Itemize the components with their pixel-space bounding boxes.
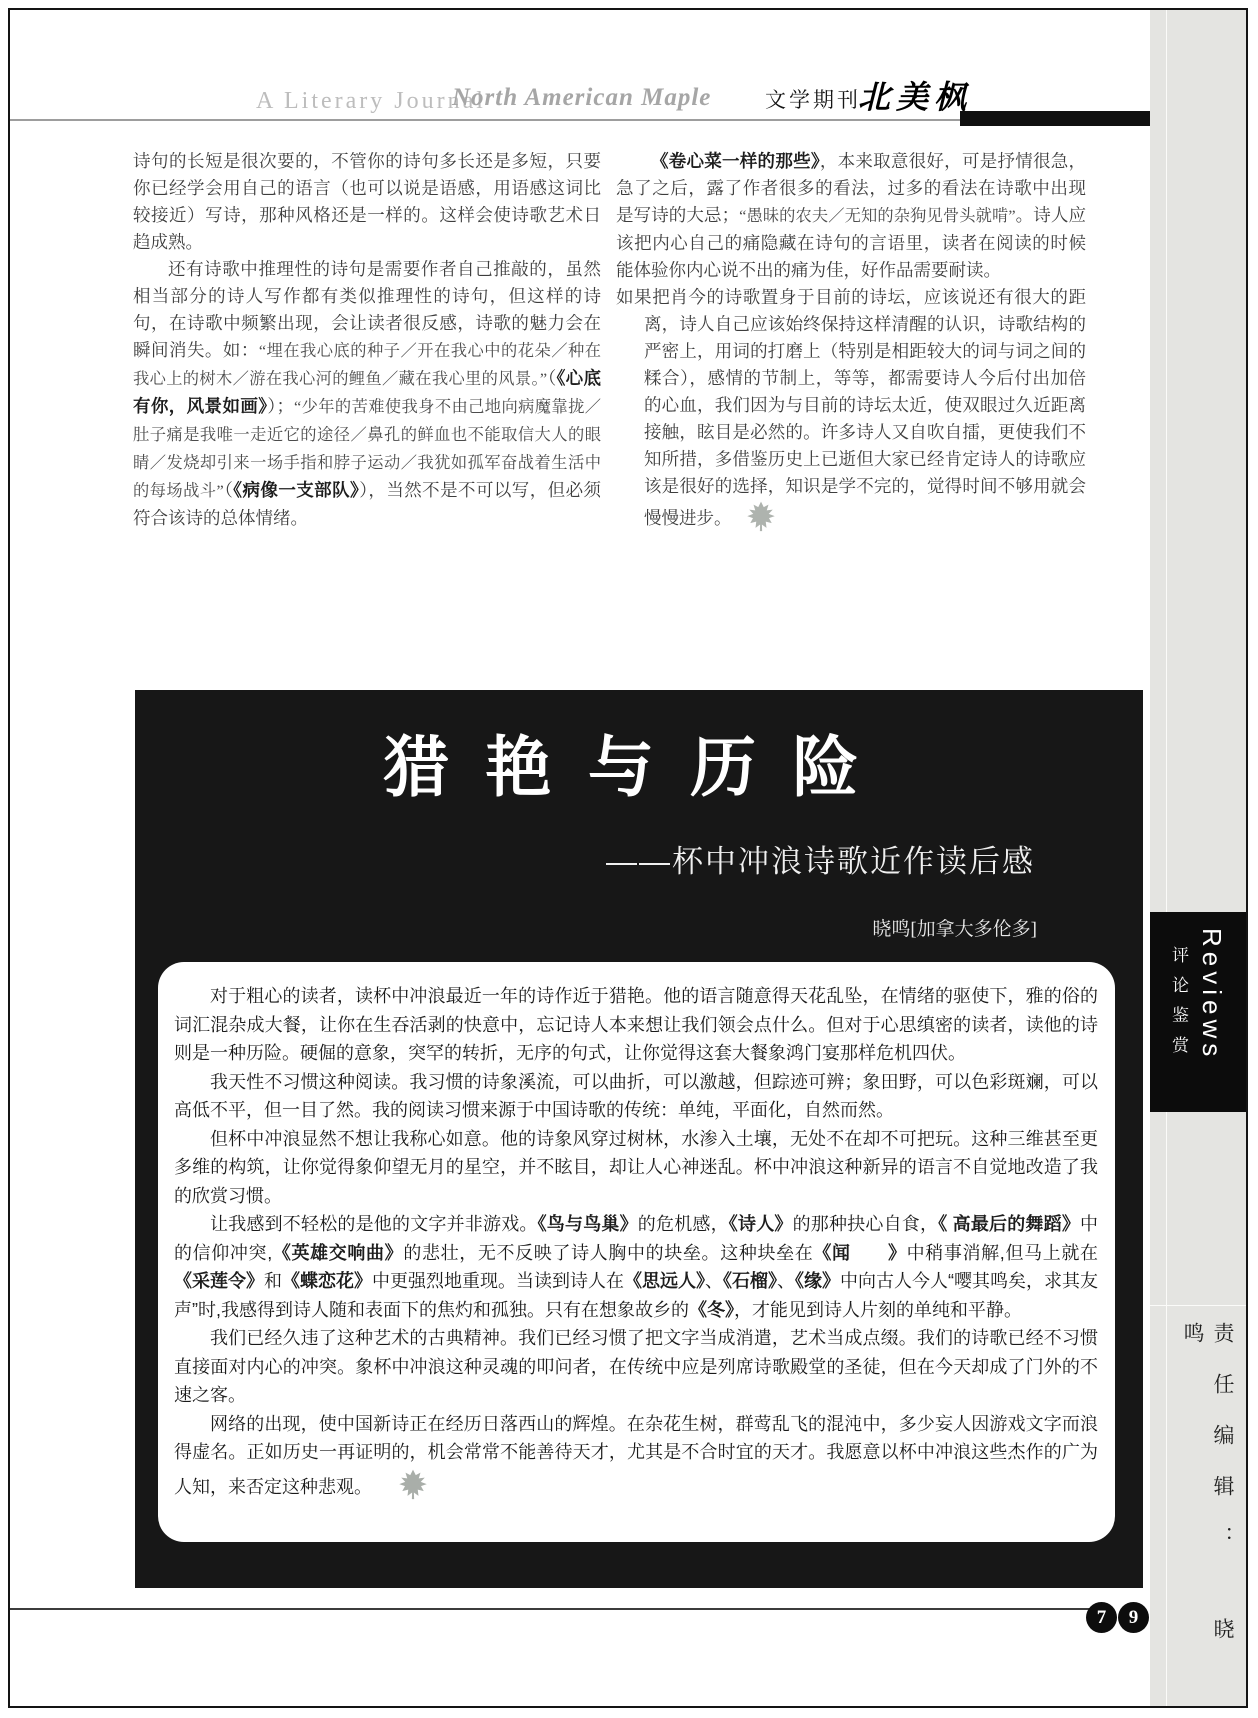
paragraph-text: 如果把肖今的诗歌置身于目前的诗坛，应该说还有很大的距离，诗人自己应该始终保持这样…: [616, 287, 1086, 528]
feature-title: 猎艳与历险: [135, 714, 1143, 809]
editor-credit-label: 责任编辑：: [1211, 1322, 1235, 1577]
paragraph: 如果把肖今的诗歌置身于目前的诗坛，应该说还有很大的距离，诗人自己应该始终保持这样…: [616, 284, 1086, 532]
paragraph: 诗句的长短是很次要的，不管你的诗句多长还是多短，只要你已经学会用自己的语言（也可…: [133, 148, 601, 256]
section-label-cn: 评论鉴赏: [1166, 946, 1191, 1066]
feature-subtitle: ——杯中冲浪诗歌近作读后感: [606, 836, 1035, 881]
essay-paragraph: 让我感到不轻松的是他的文字并非游戏。《鸟与鸟巢》的危机感，《诗人》的那种抉心自食…: [174, 1210, 1098, 1324]
maple-leaf-icon: [746, 500, 776, 532]
sidebar-vertical-hairline: [1166, 10, 1167, 1706]
editor-credit: 责任编辑： 晓鸣: [1178, 1322, 1238, 1706]
essay-paragraph: 我们已经久违了这种艺术的古典精神。我们已经习惯了把文字当成消遣，艺术当成点缀。我…: [174, 1324, 1098, 1410]
feature-author: 晓鸣[加拿大多伦多]: [872, 914, 1037, 941]
top-article-right-column: 《卷心菜一样的那些》，本来取意很好，可是抒情很急，急了之后，露了作者很多的看法，…: [616, 148, 1086, 532]
paragraph: 还有诗歌中推理性的诗句是需要作者自己推敲的，虽然相当部分的诗人写作都有类似推理性…: [133, 256, 601, 532]
footer-rule: [10, 1608, 1090, 1610]
header-rule-gray: [10, 119, 960, 121]
paragraph: 《卷心菜一样的那些》，本来取意很好，可是抒情很急，急了之后，露了作者很多的看法，…: [616, 148, 1086, 284]
header-rule-black: [960, 111, 1150, 126]
section-tab-reviews: Reviews 评论鉴赏: [1150, 912, 1246, 1112]
feature-article-block: 猎艳与历险 ——杯中冲浪诗歌近作读后感 晓鸣[加拿大多伦多] 对于粗心的读者，读…: [135, 690, 1143, 1588]
essay-paragraph: 我天性不习惯这种阅读。我习惯的诗象溪流，可以曲折，可以激越，但踪迹可辨；象田野，…: [174, 1068, 1098, 1125]
paragraph-text: 网络的出现，使中国新诗正在经历日落西山的辉煌。在杂花生树，群莺乱飞的混沌中，多少…: [174, 1414, 1098, 1497]
page-number-badge: 9: [1118, 1602, 1149, 1633]
magazine-page: Reviews 评论鉴赏 责任编辑： 晓鸣 A Literary Journal…: [0, 0, 1258, 1718]
section-label-en: Reviews: [1196, 928, 1227, 1061]
essay-paragraph: 对于粗心的读者，读杯中冲浪最近一年的诗作近于猎艳。他的语言随意得天花乱坠，在情绪…: [174, 982, 1098, 1068]
right-sidebar: Reviews 评论鉴赏 责任编辑： 晓鸣: [1150, 10, 1246, 1706]
top-article-left-column: 诗句的长短是很次要的，不管你的诗句多长还是多短，只要你已经学会用自己的语言（也可…: [133, 148, 601, 532]
essay-paragraph: 网络的出现，使中国新诗正在经历日落西山的辉煌。在杂花生树，群莺乱飞的混沌中，多少…: [174, 1410, 1098, 1502]
feature-essay-box: 对于粗心的读者，读杯中冲浪最近一年的诗作近于猎艳。他的语言随意得天花乱坠，在情绪…: [158, 962, 1115, 1542]
journal-name-chinese: 北美枫: [858, 72, 972, 118]
page-number-badge: 7: [1086, 1602, 1117, 1633]
essay-paragraph: 但杯中冲浪显然不想让我称心如意。他的诗象风穿过树林，水渗入土壤，无处不在却不可把…: [174, 1125, 1098, 1211]
sidebar-horizontal-hairline: [1150, 1305, 1246, 1306]
journal-name-script: North American Maple: [452, 84, 711, 112]
journal-type-chinese: 文学期刊: [765, 84, 861, 114]
maple-leaf-icon: [398, 1467, 428, 1501]
